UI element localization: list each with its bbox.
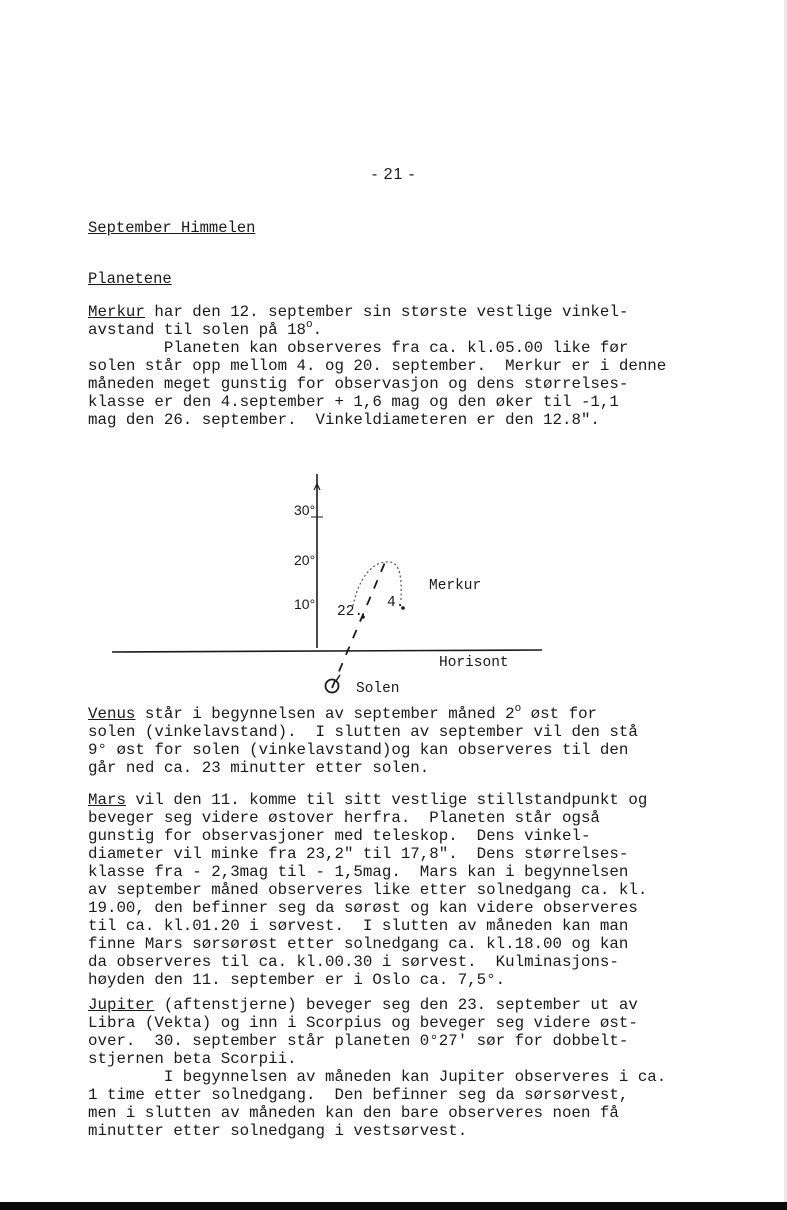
jupiter-paragraph: Jupiter (aftenstjerne) beveger seg den 2… bbox=[88, 996, 718, 1140]
scan-bottom-border bbox=[0, 1202, 787, 1210]
venus-name: Venus bbox=[88, 705, 135, 723]
venus-line: 9° øst for solen (vinkelavstand)og kan o… bbox=[88, 741, 628, 759]
horizon-label: Horisont bbox=[439, 655, 509, 671]
jupiter-line: 1 time etter solnedgang. Den befinner se… bbox=[88, 1086, 628, 1104]
jupiter-line: Libra (Vekta) og inn i Scorpius og beveg… bbox=[88, 1014, 638, 1032]
jupiter-line-1: (aftenstjerne) beveger seg den 23. septe… bbox=[154, 996, 637, 1014]
mars-line: 19.00, den befinner seg da sørøst og kan… bbox=[88, 899, 638, 917]
venus-paragraph: Venus står i begynnelsen av september må… bbox=[88, 705, 718, 777]
axis-tick-20: 20° bbox=[294, 552, 315, 568]
mars-line: beveger seg videre østover herfra. Plane… bbox=[88, 809, 600, 827]
jupiter-line: minutter etter solnedgang i vestsørvest. bbox=[88, 1122, 467, 1140]
mars-line: finne Mars sørsørøst etter solnedgang ca… bbox=[88, 935, 628, 953]
mars-line: av september måned observeres like etter… bbox=[88, 881, 647, 899]
axis-tick-30: 30° bbox=[294, 502, 315, 518]
document-page: - 21 - September Himmelen Planetene Merk… bbox=[0, 0, 787, 1210]
venus-line: solen (vinkelavstand). I slutten av sept… bbox=[88, 723, 638, 741]
merkur-line: klasse er den 4.september + 1,6 mag og d… bbox=[88, 393, 619, 411]
merkur-paragraph: Merkur har den 12. september sin største… bbox=[88, 303, 718, 429]
merkur-horizon-diagram: 30° 20° 10° 22. 4. Merkur Horisont Solen bbox=[100, 460, 560, 710]
jupiter-line: I begynnelsen av måneden kan Jupiter obs… bbox=[88, 1068, 666, 1086]
venus-line: går ned ca. 23 minutter etter solen. bbox=[88, 759, 429, 777]
degree-sign: o bbox=[306, 319, 313, 331]
merkur-line-2-end: . bbox=[313, 321, 322, 339]
mars-line-1: vil den 11. komme til sitt vestlige stil… bbox=[126, 791, 647, 809]
point-label-4: 4. bbox=[387, 595, 404, 611]
merkur-line: mag den 26. september. Vinkeldiameteren … bbox=[88, 411, 600, 429]
page-number: - 21 - bbox=[0, 166, 787, 184]
jupiter-line: men i slutten av måneden kan den bare ob… bbox=[88, 1104, 619, 1122]
merkur-line: måneden meget gunstig for observasjon og… bbox=[88, 375, 628, 393]
mars-line: til ca. kl.01.20 i sørvest. I slutten av… bbox=[88, 917, 628, 935]
diagram-lines bbox=[100, 460, 560, 710]
mars-line: gunstig for observasjoner med teleskop. … bbox=[88, 827, 590, 845]
mars-line: høyden den 11. september er i Oslo ca. 7… bbox=[88, 971, 505, 989]
merkur-line: Planeten kan observeres fra ca. kl.05.00… bbox=[88, 339, 628, 357]
merkur-line: solen står opp mellom 4. og 20. septembe… bbox=[88, 357, 666, 375]
merkur-line-2: avstand til solen på 18 bbox=[88, 321, 306, 339]
point-label-22: 22. bbox=[337, 604, 363, 620]
mars-line: da observeres til ca. kl.00.30 i sørvest… bbox=[88, 953, 619, 971]
merkur-label: Merkur bbox=[429, 578, 481, 594]
jupiter-name: Jupiter bbox=[88, 996, 154, 1014]
section-title: September Himmelen bbox=[88, 219, 255, 237]
venus-line-1: står i begynnelsen av september måned 2 bbox=[135, 705, 514, 723]
jupiter-line: stjernen beta Scorpii. bbox=[88, 1050, 297, 1068]
subsection-title: Planetene bbox=[88, 270, 172, 288]
jupiter-line: over. 30. september står planeten 0°27' … bbox=[88, 1032, 628, 1050]
merkur-name: Merkur bbox=[88, 303, 145, 321]
sun-label: Solen bbox=[356, 681, 400, 697]
mars-paragraph: Mars vil den 11. komme til sitt vestlige… bbox=[88, 791, 718, 989]
mars-line: diameter vil minke fra 23,2" til 17,8". … bbox=[88, 845, 628, 863]
merkur-line-1: har den 12. september sin største vestli… bbox=[145, 303, 628, 321]
mars-name: Mars bbox=[88, 791, 126, 809]
axis-tick-10: 10° bbox=[294, 596, 315, 612]
mars-line: klasse fra - 2,3mag til - 1,5mag. Mars k… bbox=[88, 863, 628, 881]
venus-line-1-end: øst for bbox=[521, 705, 597, 723]
